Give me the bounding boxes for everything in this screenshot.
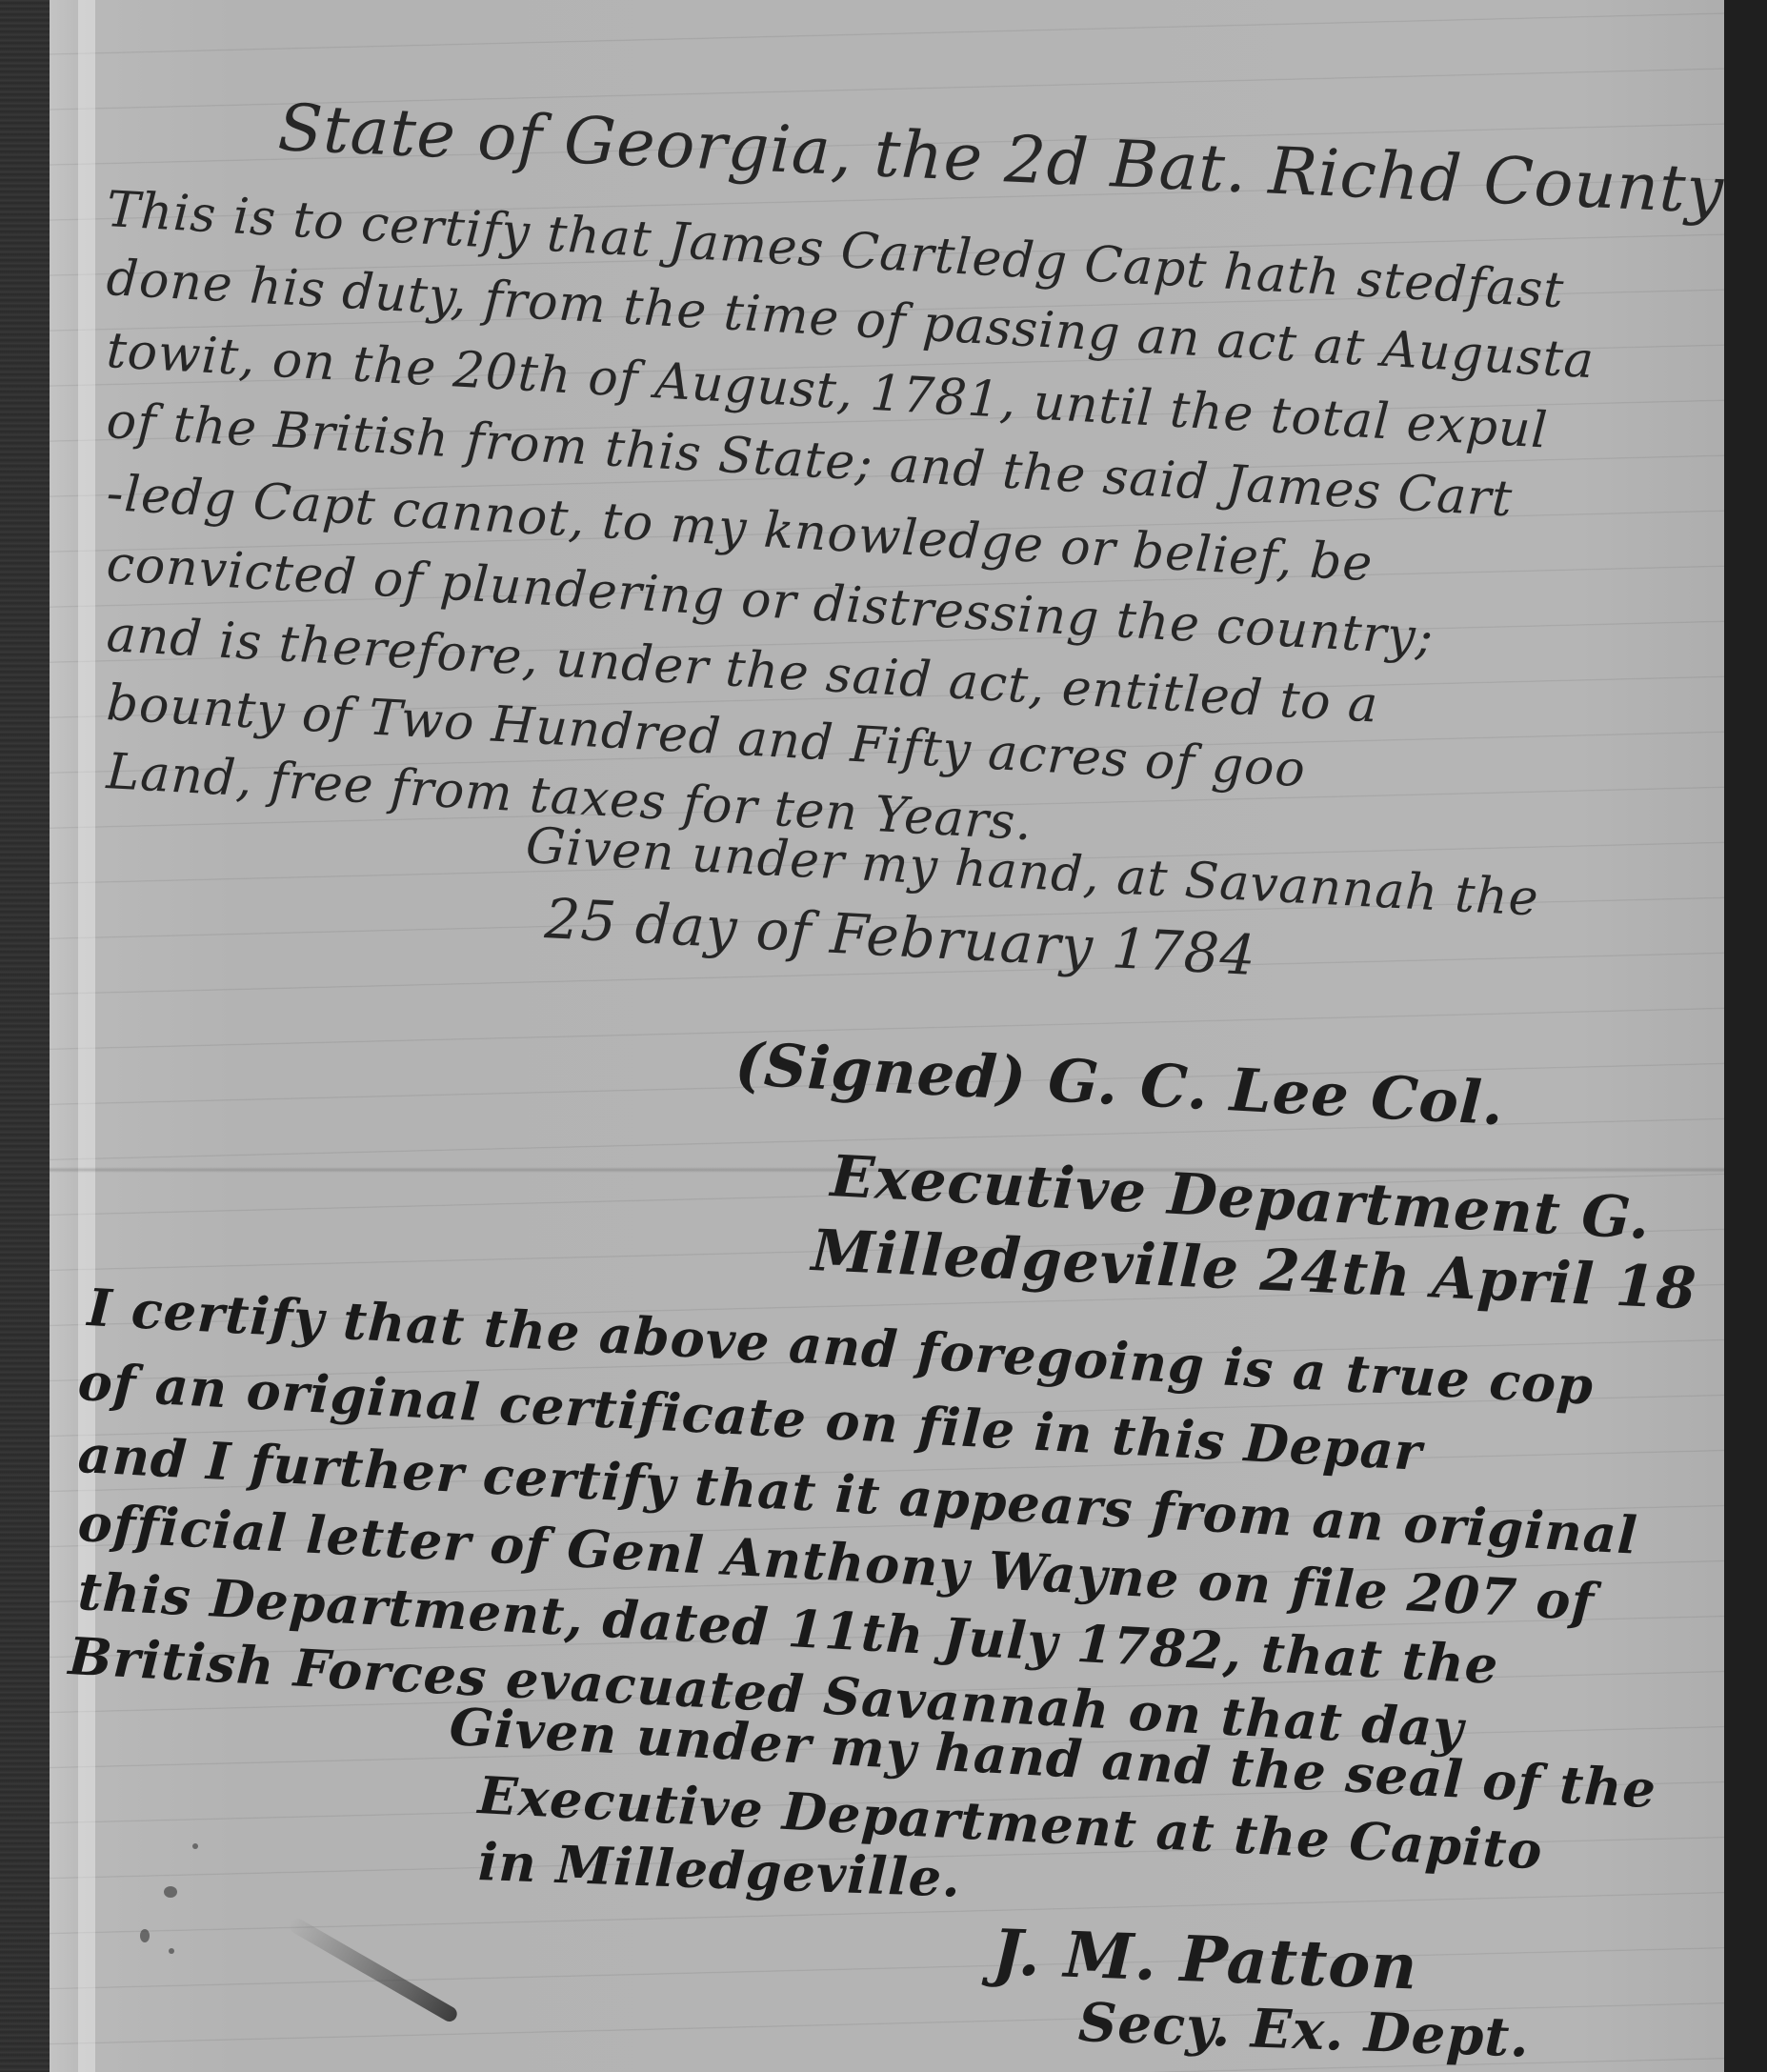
signature-title: Secy. Ex. Dept. <box>1077 1991 1531 2070</box>
ink-spot <box>164 1886 177 1898</box>
scanned-document: State of Georgia, the 2d Bat. Richd Coun… <box>0 0 1767 2072</box>
scan-left-border <box>0 0 52 2072</box>
signature-patton: J. M. Patton <box>992 1915 1419 2004</box>
ink-spot <box>192 1843 198 1849</box>
ink-spot <box>140 1929 150 1942</box>
manuscript-page: State of Georgia, the 2d Bat. Richd Coun… <box>50 0 1724 2072</box>
scan-right-border <box>1724 0 1767 2072</box>
ink-spot <box>169 1948 174 1954</box>
signature-lee: (Signed) G. C. Lee Col. <box>733 1029 1506 1138</box>
ink-smear <box>287 1916 459 2024</box>
